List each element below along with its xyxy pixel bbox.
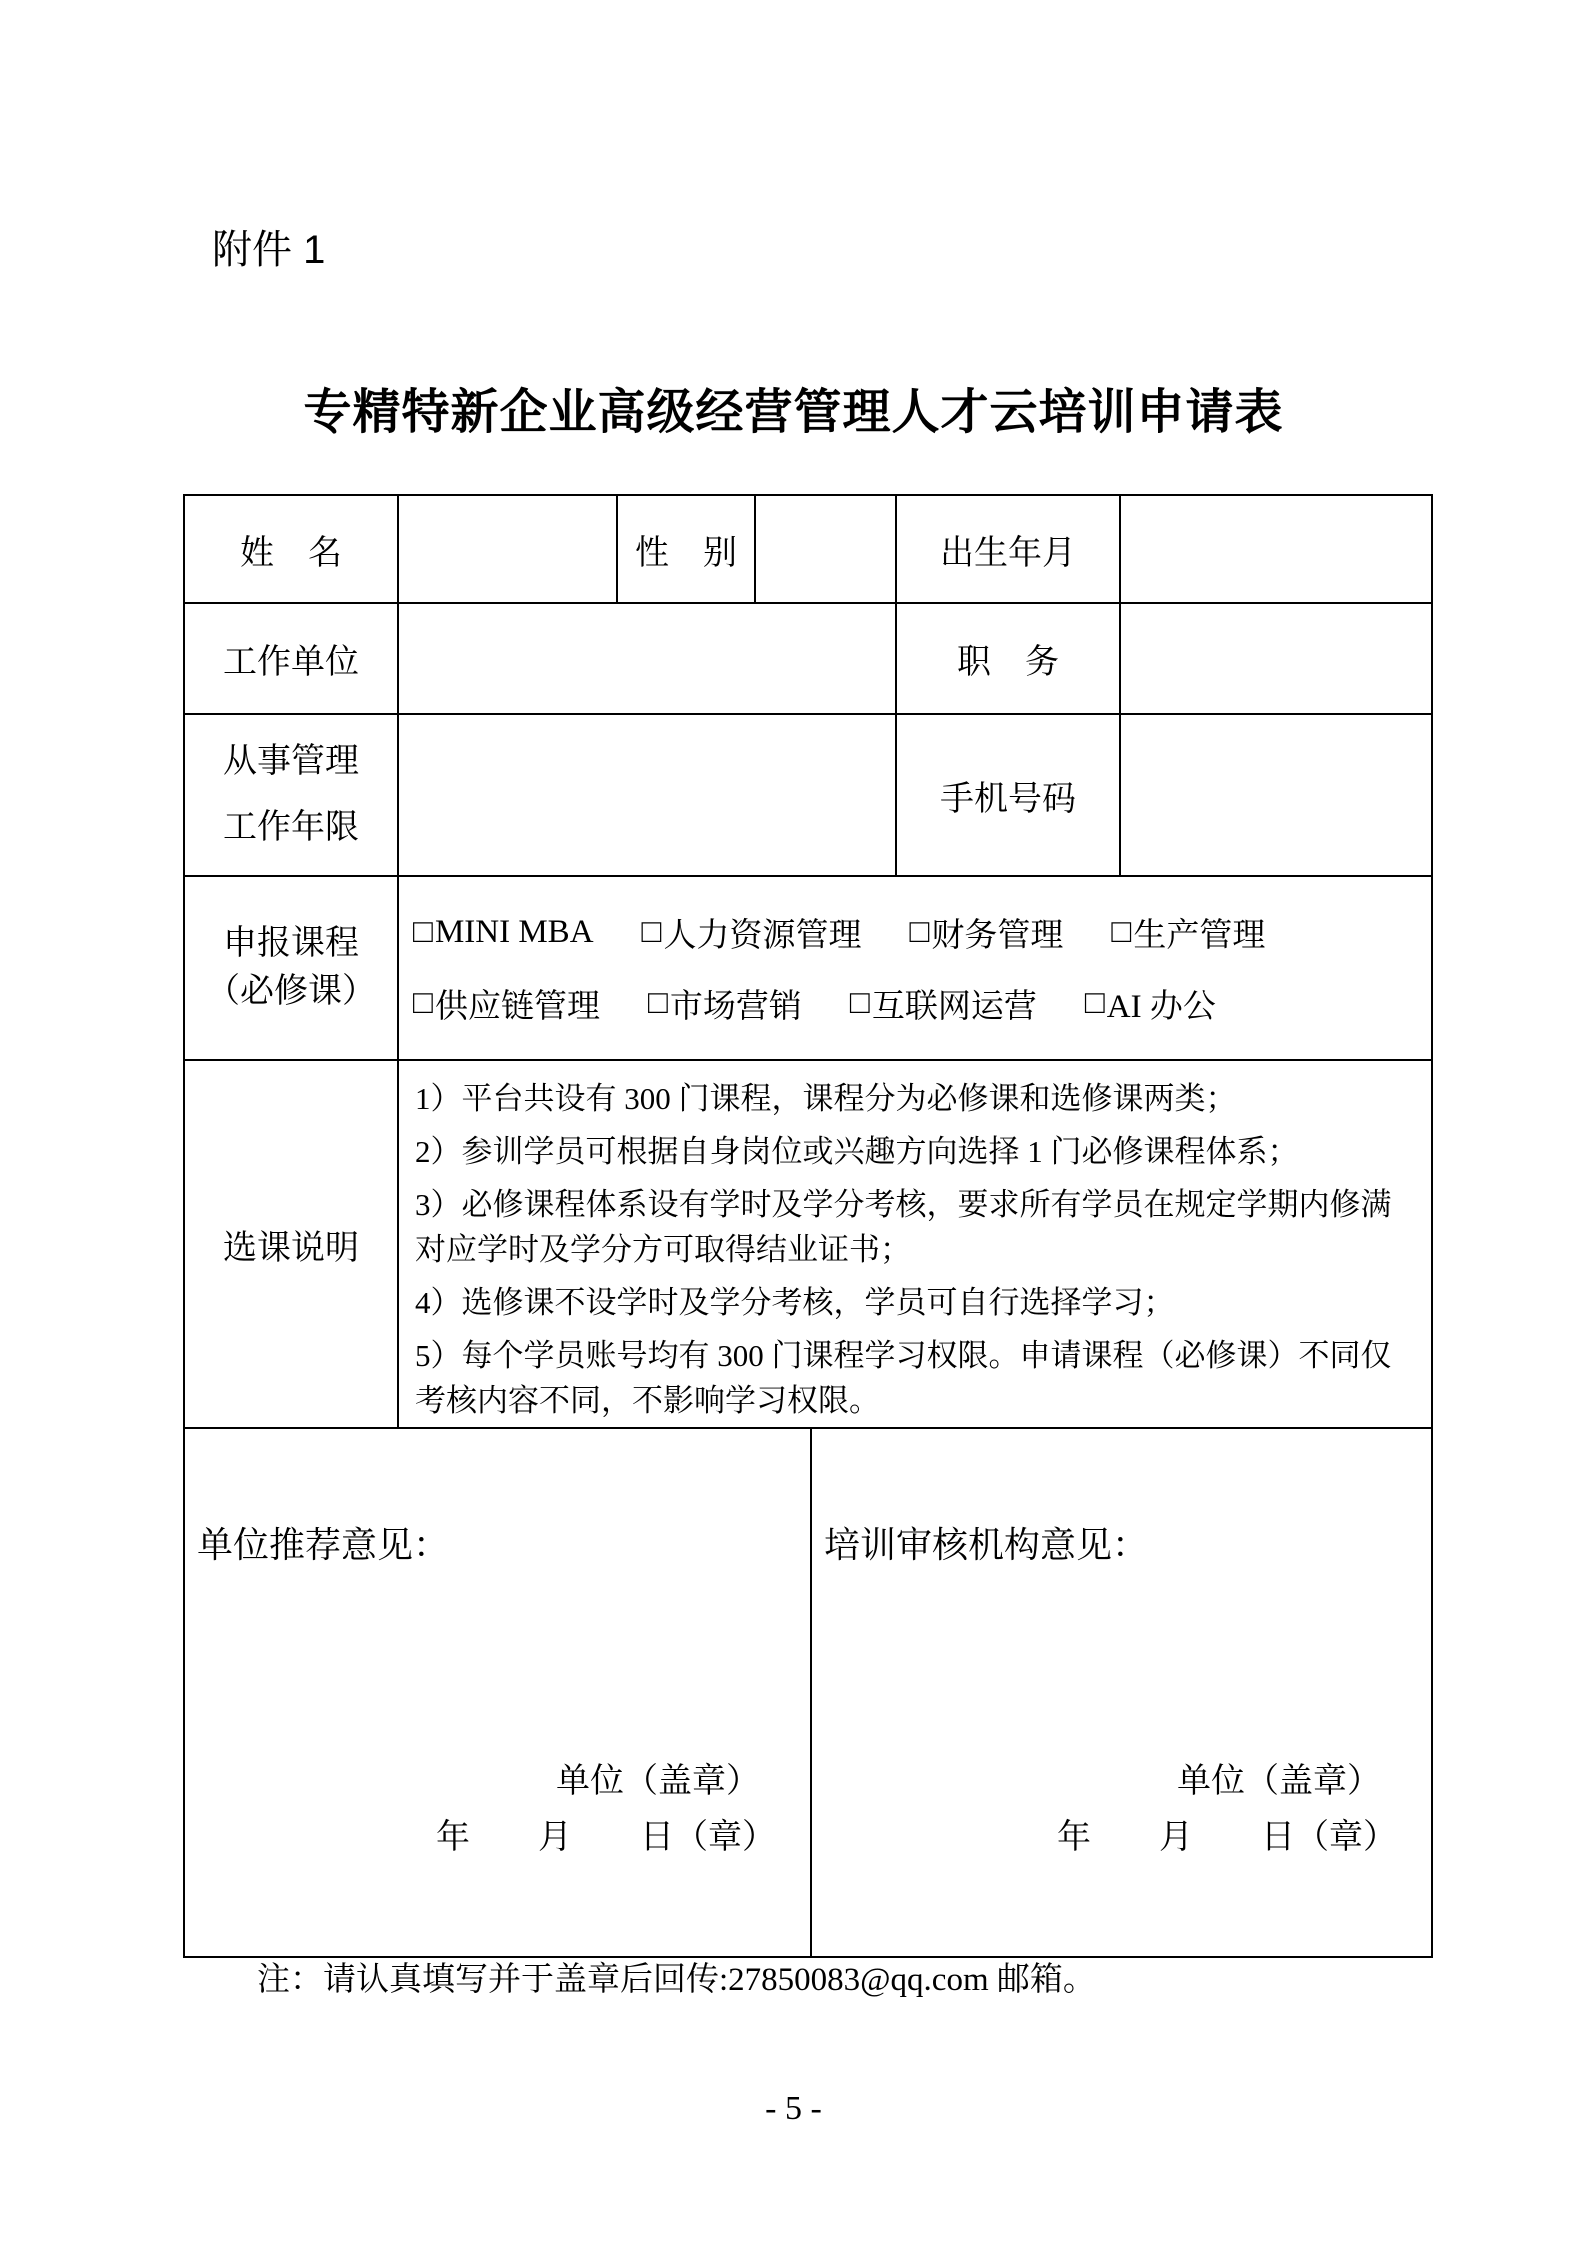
birth-label: 出生年月	[897, 496, 1121, 602]
birth-value-cell	[1121, 496, 1431, 602]
mgmt-years-label: 从事管理 工作年限	[185, 715, 399, 875]
mgmt-years-label-line1: 从事管理	[223, 729, 359, 795]
mgmt-years-label-line2: 工作年限	[223, 795, 359, 861]
courses-options-cell: □MINI MBA □人力资源管理 □财务管理 □生产管理 □供应链管理 □市场…	[399, 877, 1431, 1059]
mobile-value-cell	[1121, 715, 1431, 875]
employer-opinion-cell: 单位推荐意见： 单位（盖章） 年 月 日（章）	[185, 1429, 812, 1956]
employer-opinion-label: 单位推荐意见：	[197, 1524, 810, 1567]
course-option-label: 生产管理	[1133, 909, 1265, 956]
course-options-row2: □供应链管理 □市场营销 □互联网运营 □AI 办公	[413, 980, 1216, 1027]
name-value-cell	[399, 496, 618, 602]
mgmt-years-value-cell	[399, 715, 897, 875]
name-label: 姓 名	[185, 496, 399, 602]
application-form-table: 姓 名 性 别 出生年月 工作单位 职 务 从事管理 工作年限 手机号码	[183, 494, 1433, 1958]
course-option-supply-chain: □供应链管理	[413, 980, 600, 1027]
attachment-label: 附件 1	[212, 226, 325, 274]
course-option-ai-office: □AI 办公	[1085, 980, 1216, 1027]
gender-label: 性 别	[618, 496, 756, 602]
selection-note-item: 5）每个学员账号均有 300 门课程学习权限。申请课程（必修课）不同仅考核内容不…	[415, 1333, 1415, 1423]
table-row: 申报课程 （必修课） □MINI MBA □人力资源管理 □财务管理 □生产管理…	[185, 877, 1431, 1061]
course-option-internet-ops: □互联网运营	[850, 980, 1037, 1027]
course-option-finance: □财务管理	[909, 909, 1063, 956]
course-option-marketing: □市场营销	[648, 980, 802, 1027]
checkbox-icon: □	[413, 914, 433, 951]
checkbox-icon: □	[1085, 985, 1105, 1022]
table-row: 选课说明 1）平台共设有 300 门课程，课程分为必修课和选修课两类； 2）参训…	[185, 1061, 1431, 1429]
checkbox-icon: □	[648, 985, 668, 1022]
document-page: 附件 1 专精特新企业高级经营管理人才云培训申请表 姓 名 性 别 出生年月 工…	[0, 0, 1587, 2245]
selection-notes-cell: 1）平台共设有 300 门课程，课程分为必修课和选修课两类； 2）参训学员可根据…	[399, 1061, 1431, 1427]
course-option-label: AI 办公	[1107, 980, 1216, 1027]
selection-note-item: 4）选修课不设学时及学分考核，学员可自行选择学习；	[415, 1280, 1415, 1325]
checkbox-icon: □	[1111, 914, 1131, 951]
checkbox-icon: □	[413, 985, 433, 1022]
course-option-production: □生产管理	[1111, 909, 1265, 956]
course-option-label: 互联网运营	[872, 980, 1037, 1027]
stamp-line: 单位（盖章）	[185, 1754, 776, 1810]
checkbox-icon: □	[909, 914, 929, 951]
course-option-mini-mba: □MINI MBA	[413, 909, 594, 956]
mobile-label: 手机号码	[897, 715, 1121, 875]
courses-label: 申报课程 （必修课）	[185, 877, 399, 1059]
table-row: 工作单位 职 务	[185, 604, 1431, 715]
review-org-opinion-label: 培训审核机构意见：	[824, 1524, 1431, 1567]
course-option-hr: □人力资源管理	[642, 909, 862, 956]
checkbox-icon: □	[642, 914, 662, 951]
selection-note-item: 1）平台共设有 300 门课程，课程分为必修课和选修课两类；	[415, 1076, 1415, 1121]
date-line: 年 月 日（章）	[185, 1810, 776, 1866]
employer-stamp-block: 单位（盖章） 年 月 日（章）	[185, 1754, 810, 1866]
gender-value-cell	[756, 496, 897, 602]
course-option-label: 市场营销	[670, 980, 802, 1027]
date-line: 年 月 日（章）	[812, 1810, 1397, 1866]
course-options-row1: □MINI MBA □人力资源管理 □财务管理 □生产管理	[413, 909, 1265, 956]
footnote: 注：请认真填写并于盖章后回传:27850083@qq.com 邮箱。	[257, 1961, 1096, 2001]
course-option-label: MINI MBA	[435, 914, 594, 951]
courses-label-line2: （必修课）	[206, 968, 376, 1016]
stamp-line: 单位（盖章）	[812, 1754, 1397, 1810]
table-row: 姓 名 性 别 出生年月	[185, 496, 1431, 604]
review-org-opinion-cell: 培训审核机构意见： 单位（盖章） 年 月 日（章）	[812, 1429, 1431, 1956]
position-value-cell	[1121, 604, 1431, 713]
page-number: - 5 -	[0, 2090, 1587, 2128]
employer-value-cell	[399, 604, 897, 713]
selection-notes-label: 选课说明	[185, 1061, 399, 1427]
course-option-label: 供应链管理	[435, 980, 600, 1027]
selection-note-item: 2）参训学员可根据自身岗位或兴趣方向选择 1 门必修课程体系；	[415, 1129, 1415, 1174]
courses-label-line1: 申报课程	[223, 920, 359, 968]
position-label: 职 务	[897, 604, 1121, 713]
page-title: 专精特新企业高级经营管理人才云培训申请表	[0, 384, 1587, 442]
course-option-label: 财务管理	[931, 909, 1063, 956]
selection-note-item: 3）必修课程体系设有学时及学分考核，要求所有学员在规定学期内修满对应学时及学分方…	[415, 1182, 1415, 1272]
review-org-stamp-block: 单位（盖章） 年 月 日（章）	[812, 1754, 1431, 1866]
employer-label: 工作单位	[185, 604, 399, 713]
checkbox-icon: □	[850, 985, 870, 1022]
table-row: 从事管理 工作年限 手机号码	[185, 715, 1431, 877]
table-row: 单位推荐意见： 单位（盖章） 年 月 日（章） 培训审核机构意见： 单位（盖章）…	[185, 1429, 1431, 1956]
course-option-label: 人力资源管理	[663, 909, 861, 956]
